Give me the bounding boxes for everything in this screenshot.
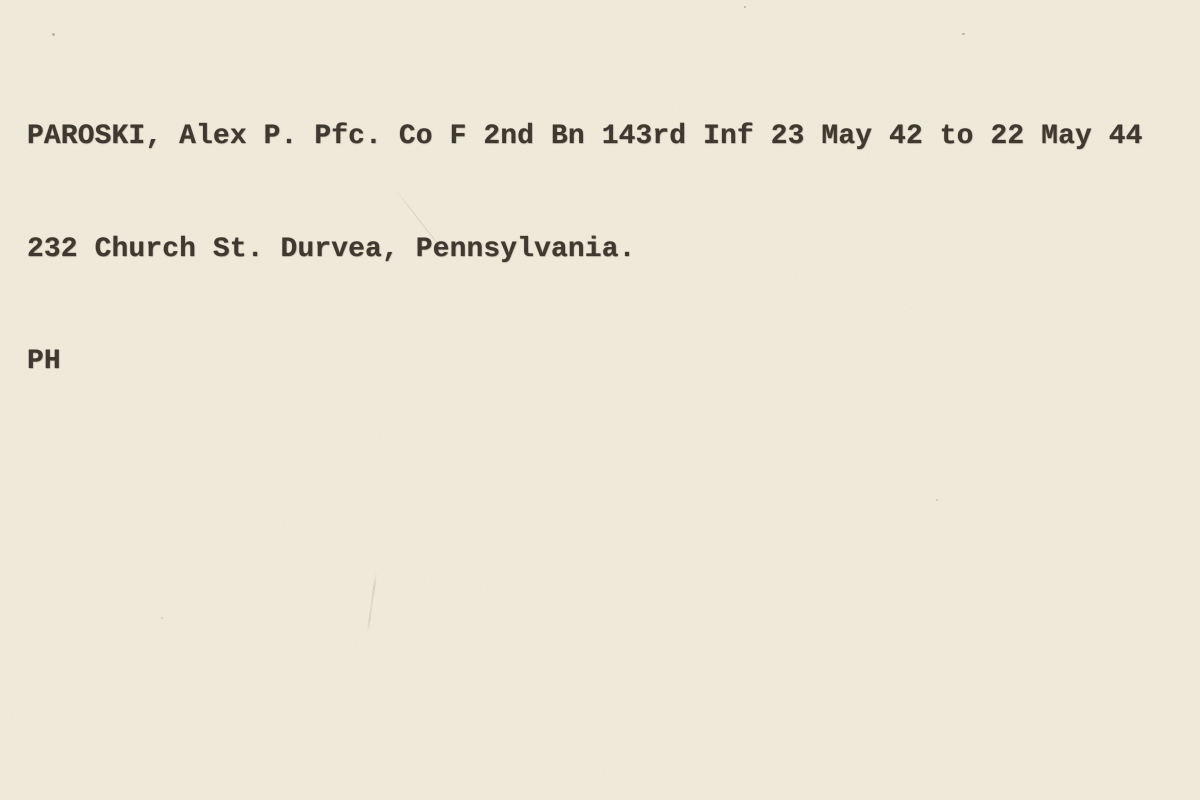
award-abbreviation-line: PH — [27, 343, 1187, 381]
paper-smudge — [367, 572, 377, 632]
service-record-line: PAROSKI, Alex P. Pfc. Co F 2nd Bn 143rd … — [27, 118, 1187, 156]
index-card: PAROSKI, Alex P. Pfc. Co F 2nd Bn 143rd … — [0, 0, 1200, 800]
paper-speck — [962, 33, 965, 35]
paper-speck — [936, 499, 938, 501]
paper-speck — [744, 6, 746, 8]
typed-text-block: PAROSKI, Alex P. Pfc. Co F 2nd Bn 143rd … — [27, 43, 1187, 456]
address-line: 232 Church St. Durvea, Pennsylvania. — [27, 231, 1187, 269]
paper-speck — [52, 33, 55, 36]
paper-speck — [161, 617, 163, 619]
